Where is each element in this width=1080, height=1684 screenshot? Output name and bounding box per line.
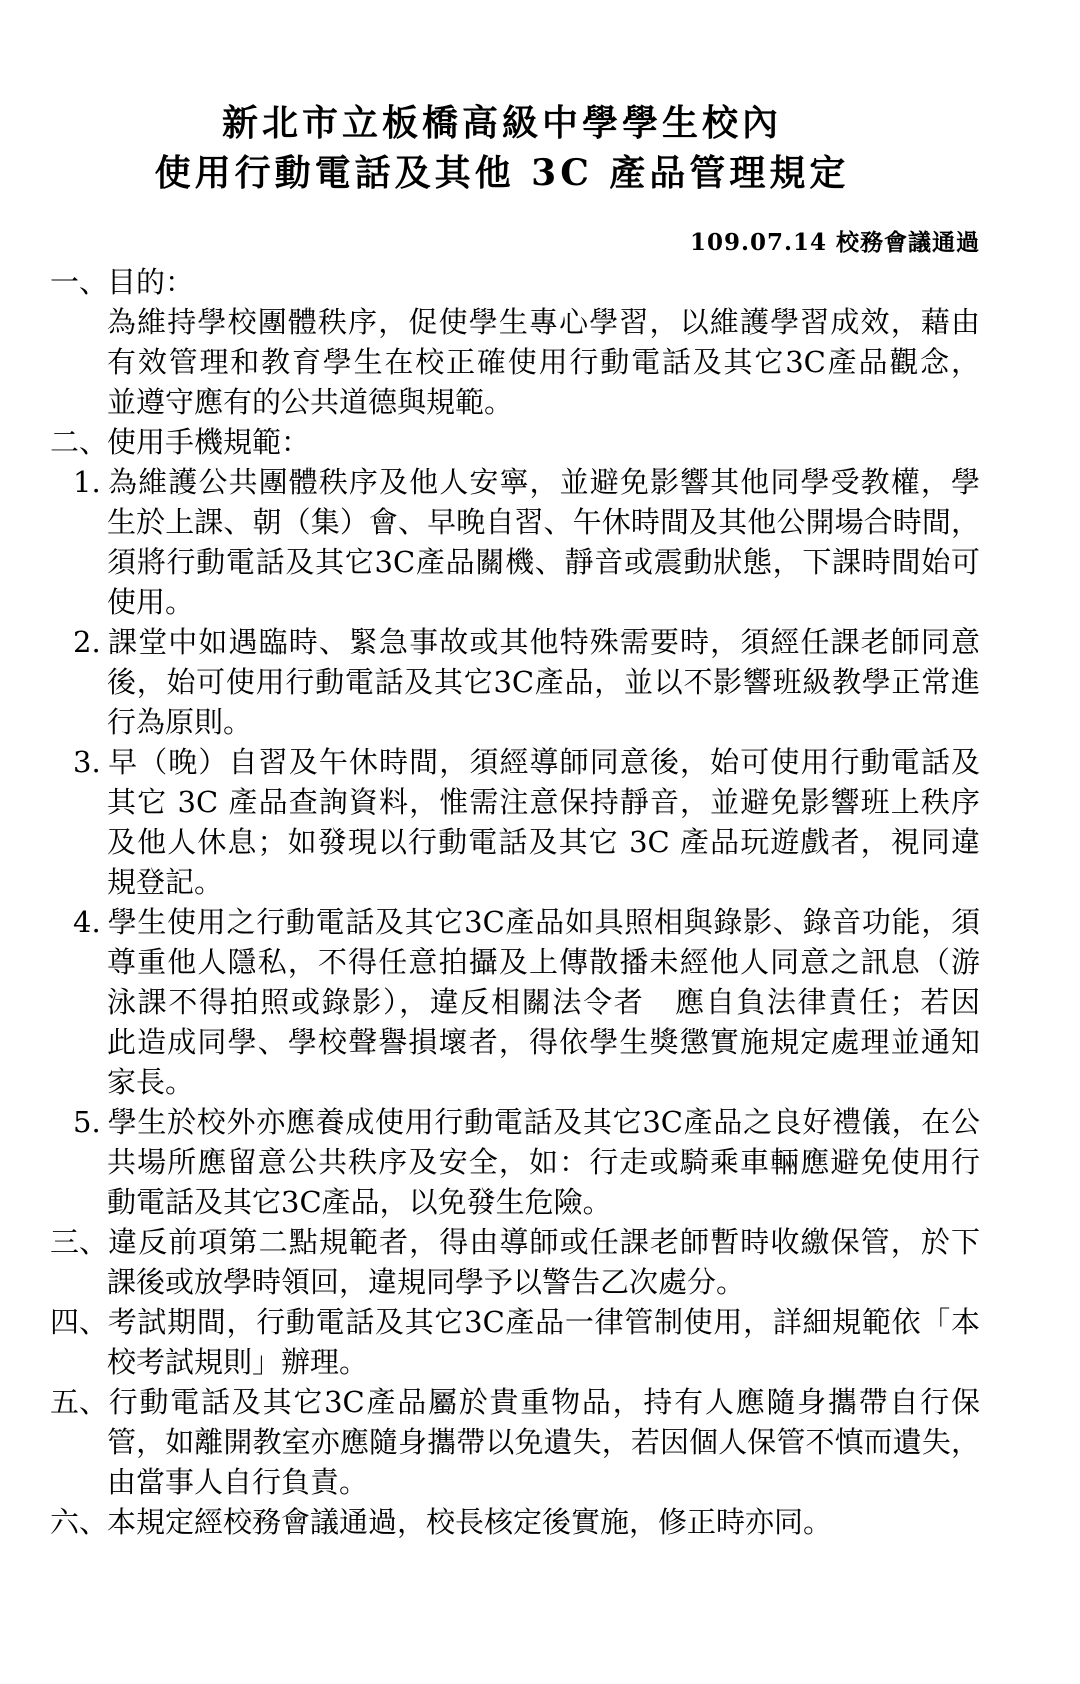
text-line: 其它 3C 產品查詢資料，惟需注意保持靜音，並避免影響班上秩序 [50, 782, 980, 822]
text-line: 須將行動電話及其它3C產品關機、靜音或震動狀態，下課時間始可 [50, 542, 980, 582]
text-line: 由當事人自行負責。 [50, 1462, 980, 1502]
document-title: 新北市立板橋高級中學學生校內 使用行動電話及其他 3C 產品管理規定 [50, 98, 980, 198]
text-line: 有效管理和教育學生在校正確使用行動電話及其它3C產品觀念， [50, 342, 980, 382]
text-line: 課後或放學時領回，違規同學予以警告乙次處分。 [50, 1262, 980, 1302]
text-line: 生於上課、朝（集）會、早晚自習、午休時間及其他公開場合時間， [50, 502, 980, 542]
document-body: 一、目的：為維持學校團體秩序，促使學生專心學習，以維護學習成效，藉由有效管理和教… [50, 262, 980, 1542]
approval-note: 109.07.14 校務會議通過 [50, 226, 980, 260]
list-marker: 四、 [50, 1302, 107, 1342]
text-line: 校考試規則」辦理。 [50, 1342, 980, 1382]
text-line: 動電話及其它3C產品，以免發生危險。 [50, 1182, 980, 1222]
text-line: 四、考試期間，行動電話及其它3C產品一律管制使用，詳細規範依「本 [50, 1302, 980, 1342]
text-line: 六、本規定經校務會議通過，校長核定後實施，修正時亦同。 [50, 1502, 980, 1542]
document-title-line-2: 使用行動電話及其他 3C 產品管理規定 [50, 148, 954, 198]
text-line: 尊重他人隱私，不得任意拍攝及上傳散播未經他人同意之訊息（游 [50, 942, 980, 982]
text-line: 此造成同學、學校聲譽損壞者，得依學生獎懲實施規定處理並通知 [50, 1022, 980, 1062]
text-line: 三、違反前項第二點規範者，得由導師或任課老師暫時收繳保管，於下 [50, 1222, 980, 1262]
text-line: 1.為維護公共團體秩序及他人安寧，並避免影響其他同學受教權，學 [50, 462, 980, 502]
text-line: 行為原則。 [50, 702, 980, 742]
text-line: 二、使用手機規範： [50, 422, 980, 462]
list-marker: 三、 [50, 1222, 107, 1262]
text-line: 五、行動電話及其它3C產品屬於貴重物品，持有人應隨身攜帶自行保 [50, 1382, 980, 1422]
list-marker: 1. [73, 462, 107, 502]
text-line: 為維持學校團體秩序，促使學生專心學習，以維護學習成效，藉由 [50, 302, 980, 342]
text-line: 一、目的： [50, 262, 980, 302]
document-title-line-1: 新北市立板橋高級中學學生校內 [50, 98, 954, 148]
list-marker: 2. [73, 622, 107, 662]
text-line: 5.學生於校外亦應養成使用行動電話及其它3C產品之良好禮儀，在公 [50, 1102, 980, 1142]
document-page: 新北市立板橋高級中學學生校內 使用行動電話及其他 3C 產品管理規定 109.0… [0, 0, 1080, 1684]
list-marker: 4. [73, 902, 107, 942]
text-line: 使用。 [50, 582, 980, 622]
list-marker: 5. [73, 1102, 107, 1142]
text-line: 並遵守應有的公共道德與規範。 [50, 382, 980, 422]
text-line: 管，如離開教室亦應隨身攜帶以免遺失，若因個人保管不慎而遺失， [50, 1422, 980, 1462]
text-line: 4.學生使用之行動電話及其它3C產品如具照相與錄影、錄音功能，須 [50, 902, 980, 942]
list-marker: 一、 [50, 262, 107, 302]
text-line: 及他人休息；如發現以行動電話及其它 3C 產品玩遊戲者，視同違 [50, 822, 980, 862]
text-line: 3.早（晚）自習及午休時間，須經導師同意後，始可使用行動電話及 [50, 742, 980, 782]
text-line: 規登記。 [50, 862, 980, 902]
text-line: 後，始可使用行動電話及其它3C產品，並以不影響班級教學正常進 [50, 662, 980, 702]
text-line: 共場所應留意公共秩序及安全，如：行走或騎乘車輛應避免使用行 [50, 1142, 980, 1182]
list-marker: 3. [73, 742, 107, 782]
text-line: 2.課堂中如遇臨時、緊急事故或其他特殊需要時，須經任課老師同意 [50, 622, 980, 662]
list-marker: 六、 [50, 1502, 107, 1542]
list-marker: 二、 [50, 422, 107, 462]
list-marker: 五、 [50, 1382, 107, 1422]
text-line: 泳課不得拍照或錄影），違反相關法令者 應自負法律責任；若因 [50, 982, 980, 1022]
text-line: 家長。 [50, 1062, 980, 1102]
